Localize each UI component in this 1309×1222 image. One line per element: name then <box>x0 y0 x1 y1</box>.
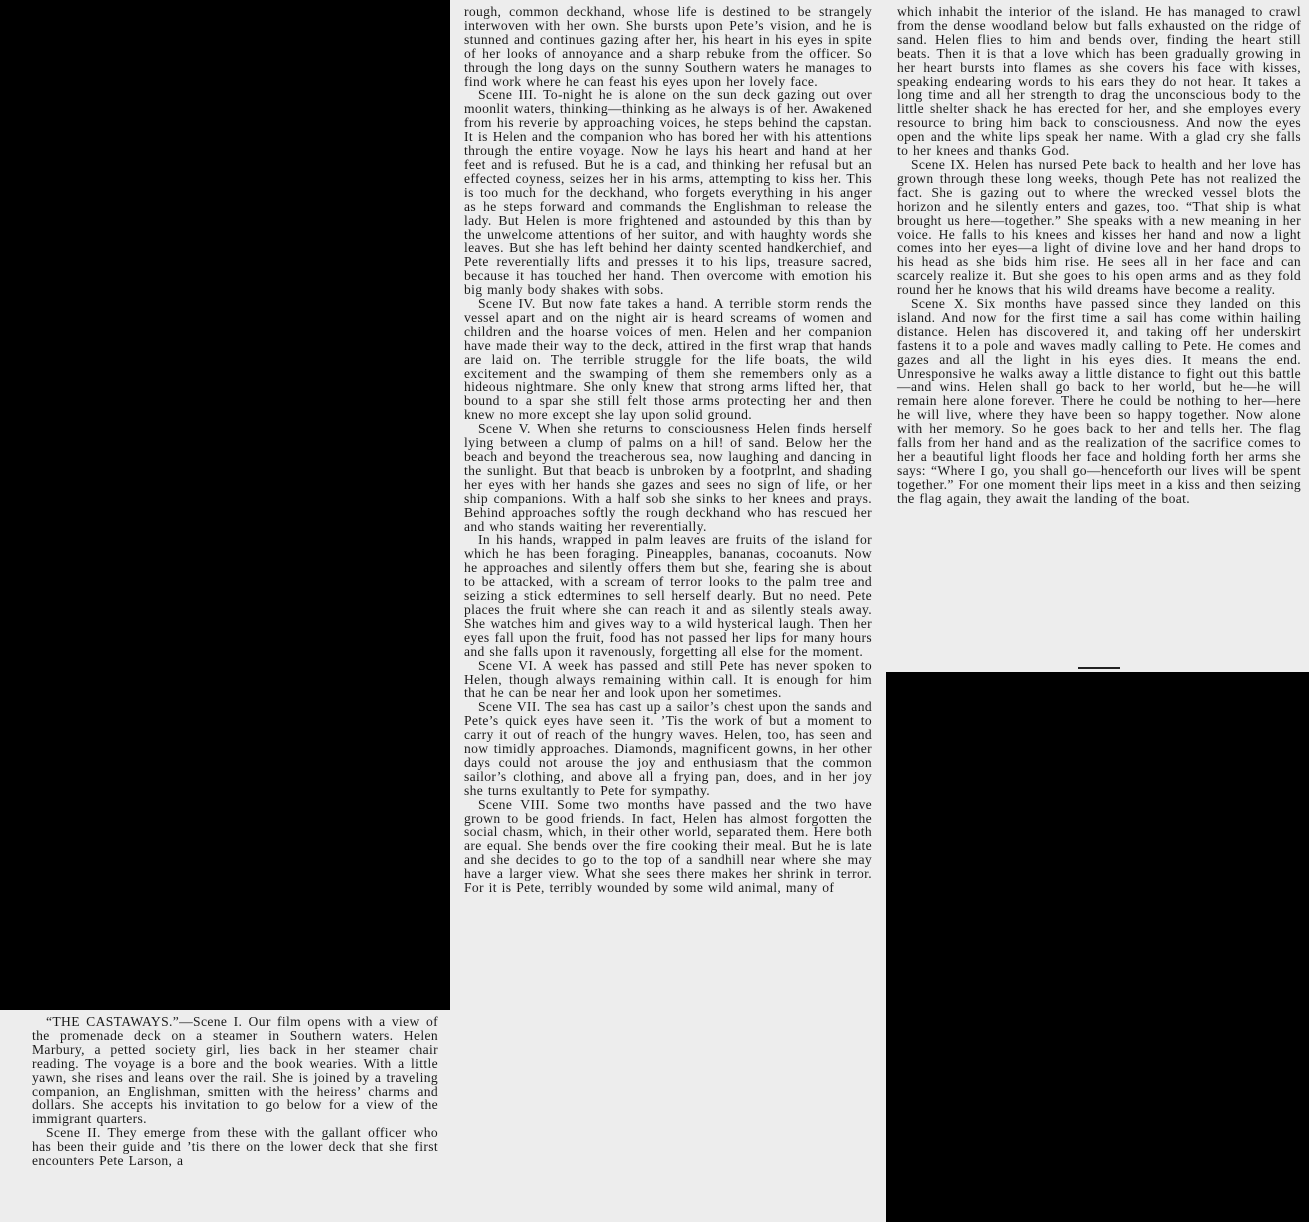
end-of-article-rule <box>1078 667 1120 669</box>
paragraph-scene-7: Scene VII. The sea has cast up a sailor’… <box>464 700 872 797</box>
paragraph-scene-9: Scene IX. Helen has nursed Pete back to … <box>897 158 1301 297</box>
paragraph-scene-5-fruits: In his hands, wrapped in palm leaves are… <box>464 533 872 658</box>
paragraph-scene-4: Scene IV. But now fate takes a hand. A t… <box>464 297 872 422</box>
paragraph-scene-5: Scene V. When she returns to consciousne… <box>464 422 872 533</box>
paragraph-scene-2: Scene II. They emerge from these with th… <box>32 1126 438 1168</box>
article-column-2: rough, common deckhand, whose life is de… <box>464 5 872 895</box>
paragraph-scene-2-continued: rough, common deckhand, whose life is de… <box>464 5 872 88</box>
article-column-1: “THE CASTAWAYS.”—Scene I. Our film opens… <box>32 1015 438 1168</box>
paragraph-scene-3: Scene III. To-night he is alone on the s… <box>464 88 872 297</box>
paragraph-scene-8: Scene VIII. Some two months have passed … <box>464 798 872 895</box>
paragraph-scene-6: Scene VI. A week has passed and still Pe… <box>464 659 872 701</box>
paragraph-scene-1: “THE CASTAWAYS.”—Scene I. Our film opens… <box>32 1015 438 1126</box>
paragraph-scene-8-continued: which inhabit the interior of the island… <box>897 5 1301 158</box>
article-column-3: which inhabit the interior of the island… <box>897 5 1301 506</box>
paragraph-scene-10: Scene X. Six months have passed since th… <box>897 297 1301 506</box>
